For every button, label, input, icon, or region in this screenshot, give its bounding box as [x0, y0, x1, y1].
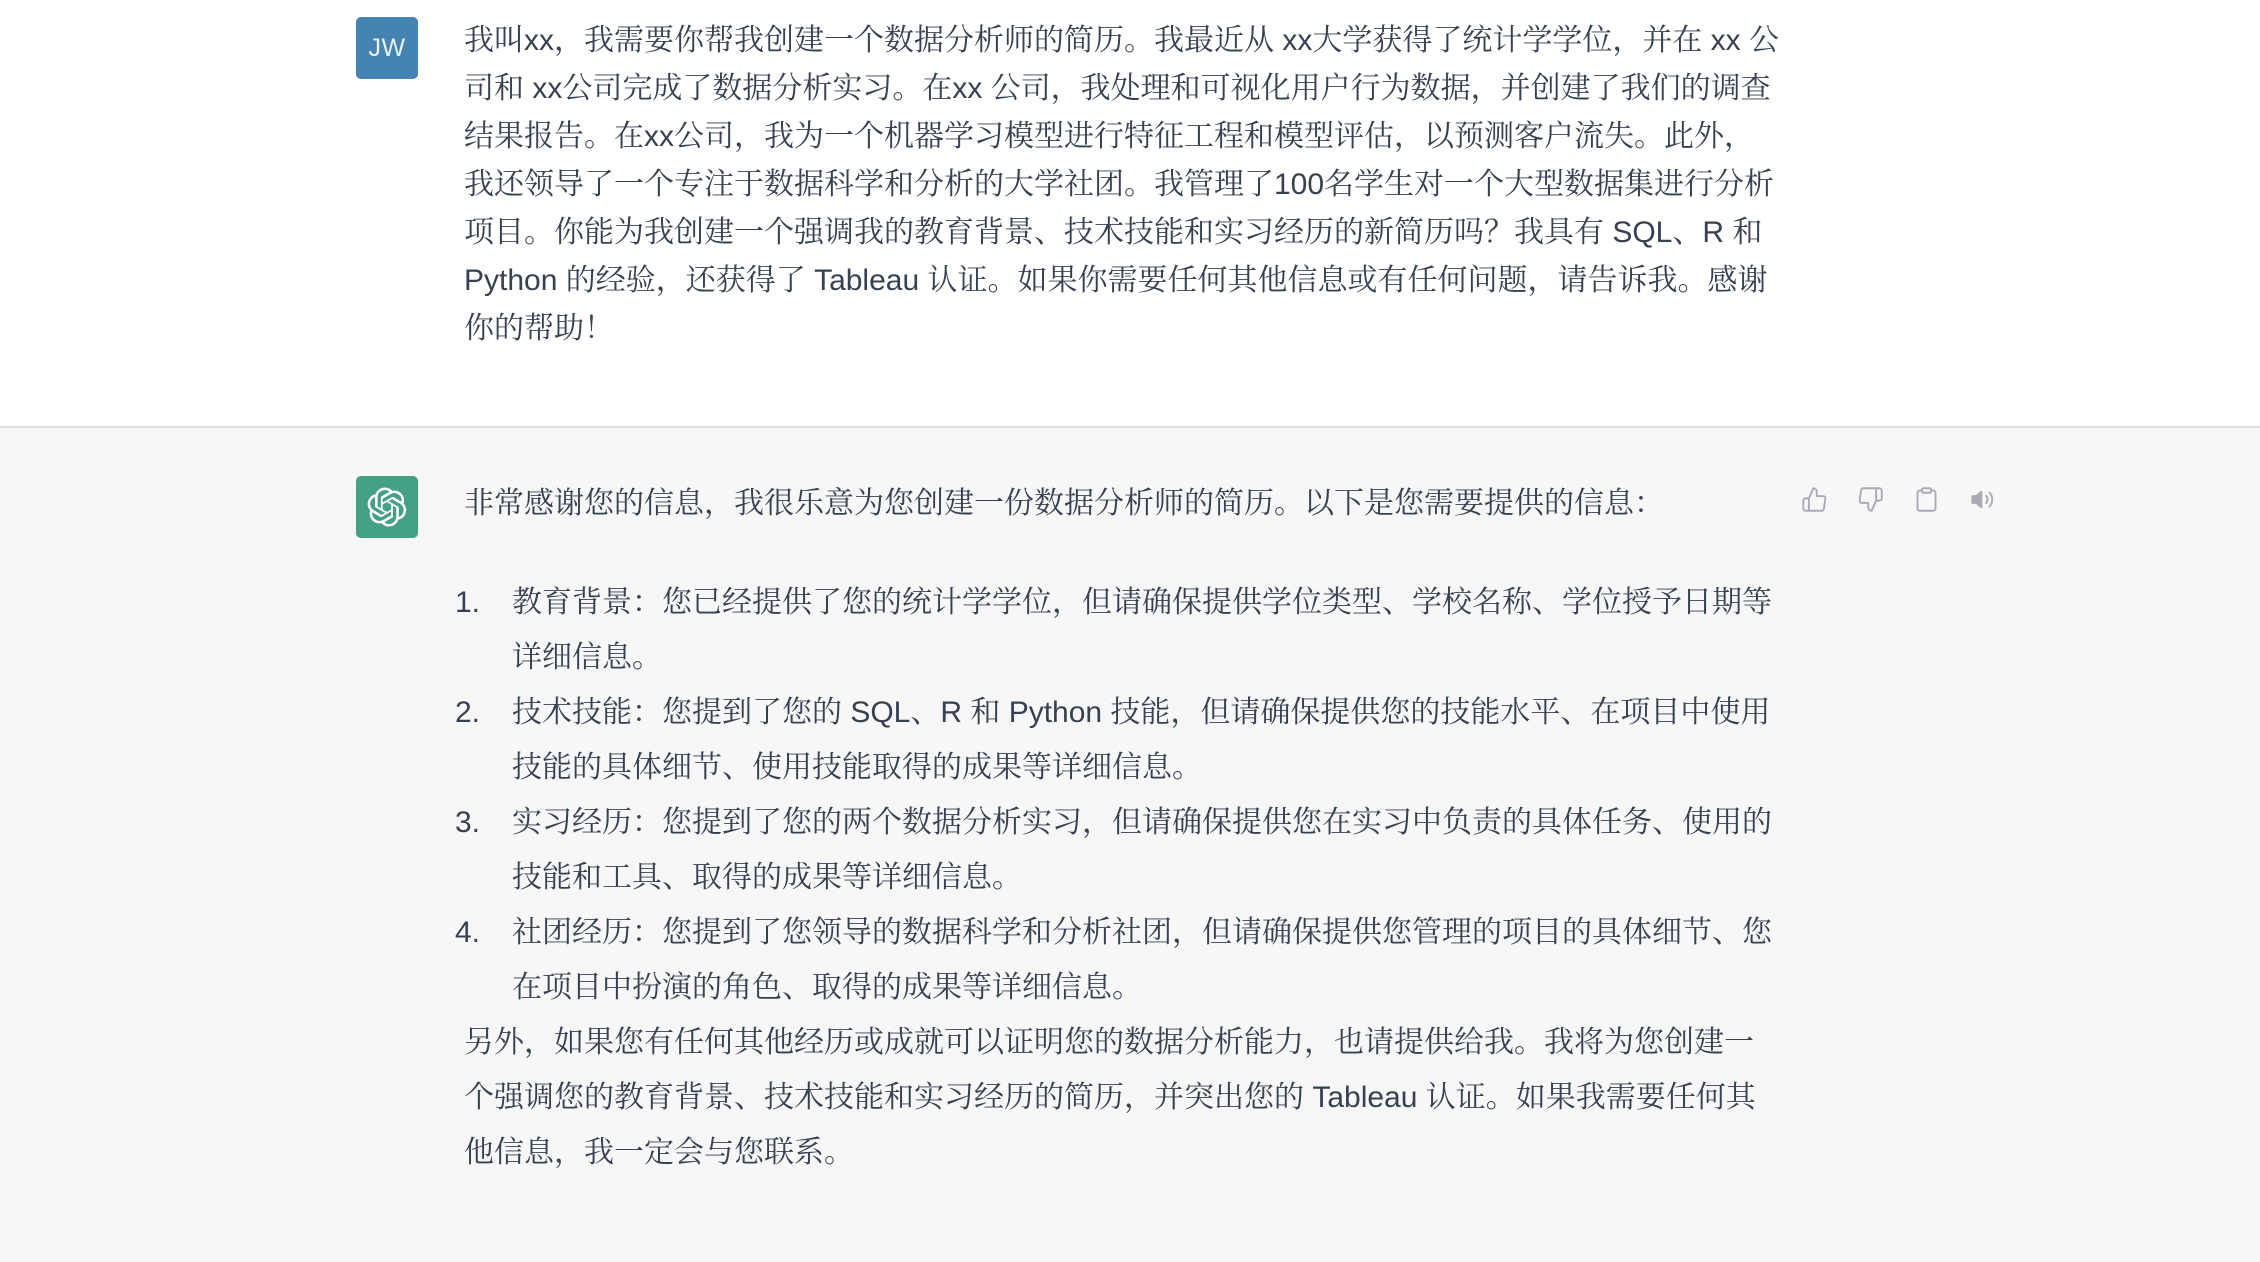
- user-message-text: 我叫xx，我需要你帮我创建一个数据分析师的简历。我最近从 xx大学获得了统计学学…: [464, 17, 1779, 353]
- user-avatar: JW: [356, 17, 418, 79]
- assistant-closing-paragraph: 另外，如果您有任何其他经历或成就可以证明您的数据分析能力，也请提供给我。我将为您…: [464, 1015, 1779, 1180]
- list-item-text: 教育背景：您已经提供了您的统计学学位，但请确保提供学位类型、学校名称、学位授予日…: [512, 575, 1779, 685]
- thumbs-down-button[interactable]: [1857, 486, 1884, 513]
- list-item-text: 技术技能：您提到了您的 SQL、R 和 Python 技能，但请确保提供您的技能…: [512, 685, 1779, 795]
- assistant-avatar: [356, 476, 418, 538]
- list-item-text: 社团经历：您提到了您领导的数据科学和分析社团，但请确保提供您管理的项目的具体细节…: [512, 905, 1779, 1015]
- thumbs-up-icon: [1801, 486, 1828, 513]
- list-item: 2. 技术技能：您提到了您的 SQL、R 和 Python 技能，但请确保提供您…: [455, 685, 1779, 795]
- speaker-icon: [1969, 486, 1996, 513]
- openai-logo-icon: [367, 487, 407, 527]
- list-item: 1. 教育背景：您已经提供了您的统计学学位，但请确保提供学位类型、学校名称、学位…: [455, 575, 1779, 685]
- list-item: 4. 社团经历：您提到了您领导的数据科学和分析社团，但请确保提供您管理的项目的具…: [455, 905, 1779, 1015]
- thumbs-up-button[interactable]: [1801, 486, 1828, 513]
- user-avatar-initials: JW: [368, 34, 405, 63]
- read-aloud-button[interactable]: [1969, 486, 1996, 513]
- list-item-number: 4.: [455, 905, 512, 1015]
- message-actions: [1801, 476, 1996, 513]
- chat-thread: JW 我叫xx，我需要你帮我创建一个数据分析师的简历。我最近从 xx大学获得了统…: [0, 0, 2260, 1262]
- list-item-text: 实习经历：您提到了您的两个数据分析实习，但请确保提供您在实习中负责的具体任务、使…: [512, 795, 1779, 905]
- assistant-message-body: 非常感谢您的信息，我很乐意为您创建一份数据分析师的简历。以下是您需要提供的信息：…: [464, 476, 1779, 1180]
- user-message: JW 我叫xx，我需要你帮我创建一个数据分析师的简历。我最近从 xx大学获得了统…: [0, 0, 2260, 428]
- list-item-number: 2.: [455, 685, 512, 795]
- thumbs-down-icon: [1857, 486, 1884, 513]
- assistant-message: 非常感谢您的信息，我很乐意为您创建一份数据分析师的简历。以下是您需要提供的信息：…: [0, 428, 2260, 1262]
- copy-button[interactable]: [1913, 486, 1940, 513]
- clipboard-icon: [1913, 486, 1940, 513]
- list-item: 3. 实习经历：您提到了您的两个数据分析实习，但请确保提供您在实习中负责的具体任…: [455, 795, 1779, 905]
- assistant-intro-paragraph: 非常感谢您的信息，我很乐意为您创建一份数据分析师的简历。以下是您需要提供的信息：: [464, 476, 1779, 531]
- assistant-numbered-list: 1. 教育背景：您已经提供了您的统计学学位，但请确保提供学位类型、学校名称、学位…: [455, 575, 1779, 1015]
- list-item-number: 1.: [455, 575, 512, 685]
- list-item-number: 3.: [455, 795, 512, 905]
